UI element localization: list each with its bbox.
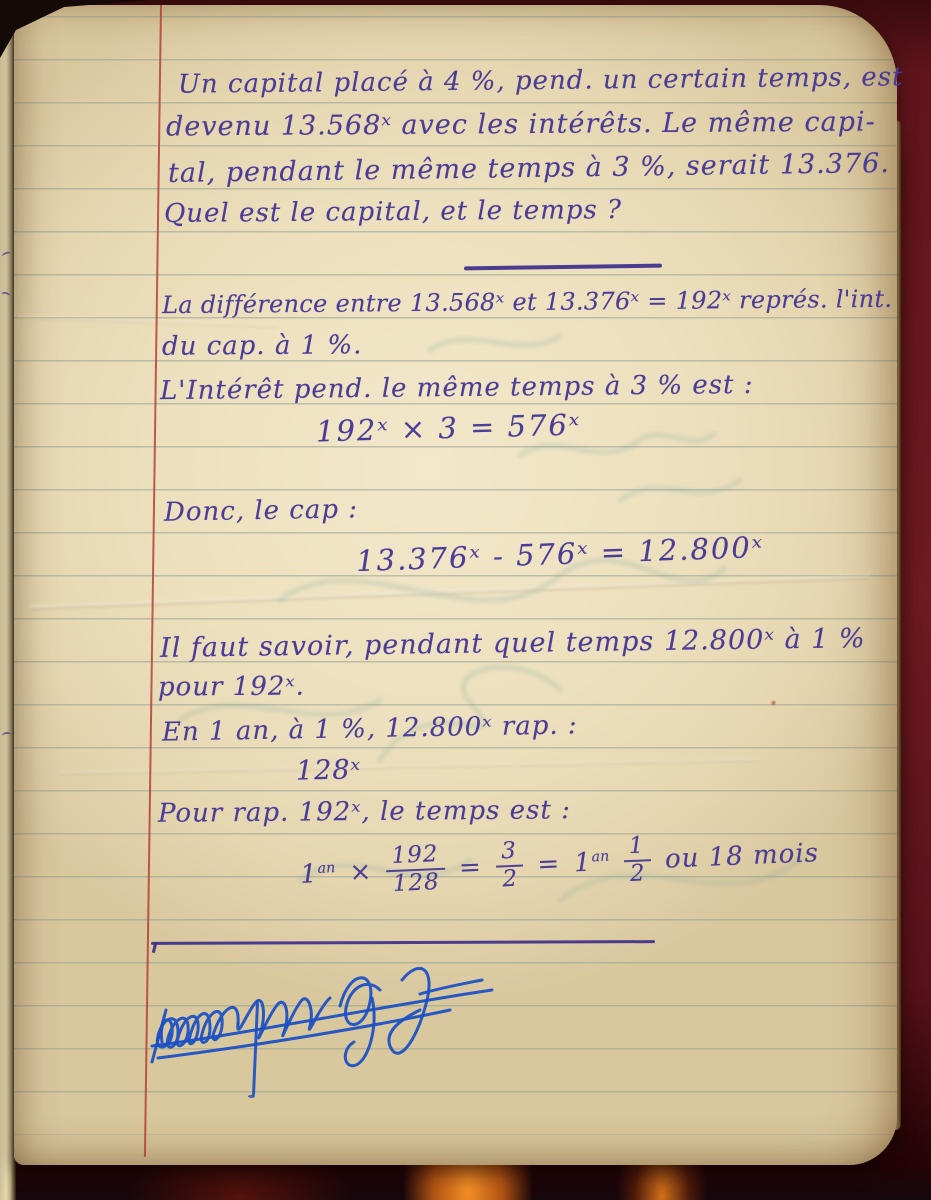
fraction-192-128: 192 128 xyxy=(385,843,446,896)
ink-speck xyxy=(770,700,777,706)
solution-time-line-2: pour 192ˣ. xyxy=(158,674,305,701)
signature xyxy=(144,946,544,1101)
calculation-192x3: 192ˣ × 3 = 576ˣ xyxy=(316,411,582,447)
solution-interest-line: L'Intérêt pend. le même temps à 3 % est … xyxy=(160,372,754,404)
fraction-3-2: 3 2 xyxy=(495,840,525,892)
equals-sign: = xyxy=(459,854,483,881)
solution-pour-line: Pour rap. 192ˣ, le temps est : xyxy=(158,797,571,827)
ink-mark xyxy=(1,251,12,260)
times-sign: × xyxy=(349,858,373,885)
solution-donc-label: Donc, le cap : xyxy=(164,496,358,525)
problem-line-4: Quel est le capital, et le temps ? xyxy=(164,197,622,227)
problem-line-1: Un capital placé à 4 %, pend. un certain… xyxy=(178,64,904,98)
fraction-1-2: 1 2 xyxy=(622,834,652,886)
ink-mark xyxy=(2,731,12,738)
formula-one-year: 1an xyxy=(574,848,610,875)
ink-mark xyxy=(0,291,10,299)
equals-sign: = xyxy=(537,850,561,877)
problem-line-2: devenu 13.568ˣ avec les intérêts. Le mêm… xyxy=(166,109,876,141)
formula-one-year: 1an xyxy=(300,860,336,887)
notebook-scan: Un capital placé à 4 %, pend. un certain… xyxy=(0,0,931,1200)
solution-rapport-line: En 1 an, à 1 %, 12.800ˣ rap. : xyxy=(162,712,578,745)
calculation-128: 128ˣ xyxy=(296,756,362,784)
solution-difference-line-1: La différence entre 13.568ˣ et 13.376ˣ =… xyxy=(162,287,892,317)
formula-suffix: ou 18 mois xyxy=(665,840,820,872)
solution-difference-line-2: du cap. à 1 %. xyxy=(162,332,363,359)
